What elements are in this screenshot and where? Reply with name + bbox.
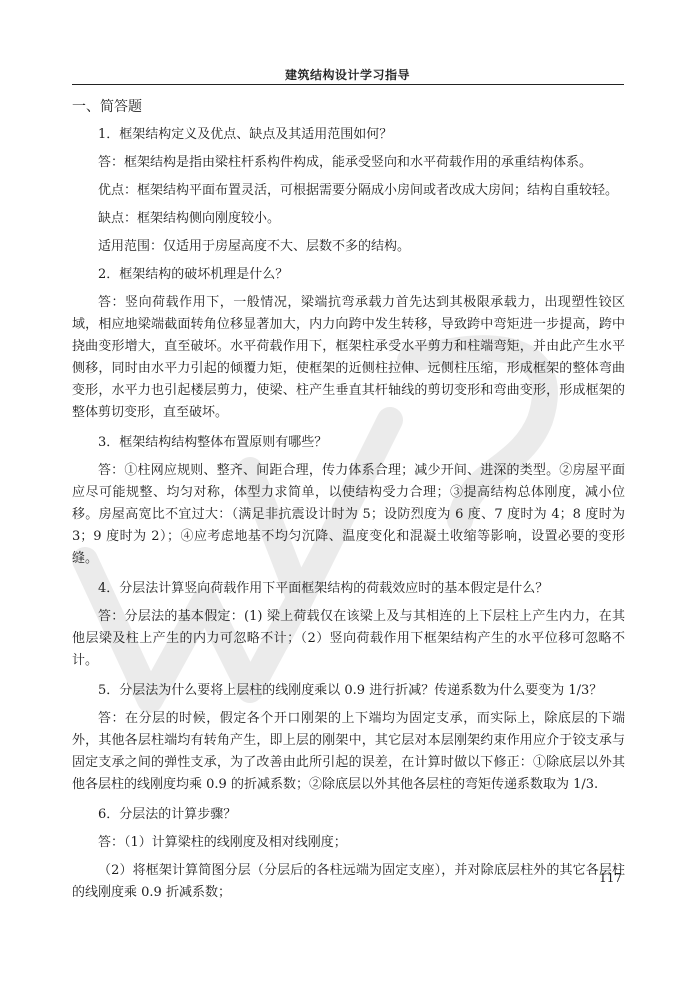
answer-1-advantages: 优点：框架结构平面布置灵活，可根据需要分隔成小房间或者改成大房间；结构自重较轻。 — [72, 180, 625, 202]
header-divider — [72, 84, 624, 85]
page-number: 117 — [599, 871, 622, 885]
answer-1-definition: 答：框架结构是指由梁柱杆系构件构成，能承受竖向和水平荷载作用的承重结构体系。 — [72, 152, 625, 174]
question-5: 5．分层法为什么要将上层柱的线刚度乘以 0.9 进行折减？传递系数为什么要变为 … — [72, 680, 625, 702]
running-header: 建筑结构设计学习指导 — [0, 66, 695, 83]
answer-5: 答：在分层的时候，假定各个开口刚架的上下端均为固定支承，而实际上，除底层的下端外… — [72, 708, 625, 796]
page-content: 一、简答题 1．框架结构定义及优点、缺点及其适用范围如何？ 答：框架结构是指由梁… — [72, 90, 625, 910]
answer-1-scope: 适用范围：仅适用于房屋高度不大、层数不多的结构。 — [72, 236, 625, 258]
answer-4: 答：分层法的基本假定：(1) 梁上荷载仅在该梁上及与其相连的上下层柱上产生内力，… — [72, 606, 625, 672]
question-1: 1．框架结构定义及优点、缺点及其适用范围如何？ — [72, 124, 625, 146]
section-title: 一、简答题 — [72, 96, 625, 118]
answer-1-disadvantages: 缺点：框架结构侧向刚度较小。 — [72, 208, 625, 230]
question-3: 3．框架结构结构整体布置原则有哪些？ — [72, 432, 625, 454]
answer-6-step-1: 答：（1）计算梁柱的线刚度及相对线刚度； — [72, 832, 625, 854]
question-2: 2．框架结构的破坏机理是什么？ — [72, 264, 625, 286]
question-4: 4．分层法计算竖向荷载作用下平面框架结构的荷载效应时的基本假定是什么？ — [72, 578, 625, 600]
answer-2: 答：竖向荷载作用下，一般情况，梁端抗弯承载力首先达到其极限承载力，出现塑性铰区域… — [72, 292, 625, 424]
answer-3: 答：①柱网应规则、整齐、间距合理，传力体系合理；减少开间、进深的类型。②房屋平面… — [72, 460, 625, 570]
answer-6-step-2: （2）将框架计算简图分层（分层后的各柱远端为固定支座），并对除底层柱外的其它各层… — [72, 860, 625, 904]
question-6: 6．分层法的计算步骤？ — [72, 804, 625, 826]
document-page: 建筑结构设计学习指导 一、简答题 1．框架结构定义及优点、缺点及其适用范围如何？… — [0, 0, 695, 982]
